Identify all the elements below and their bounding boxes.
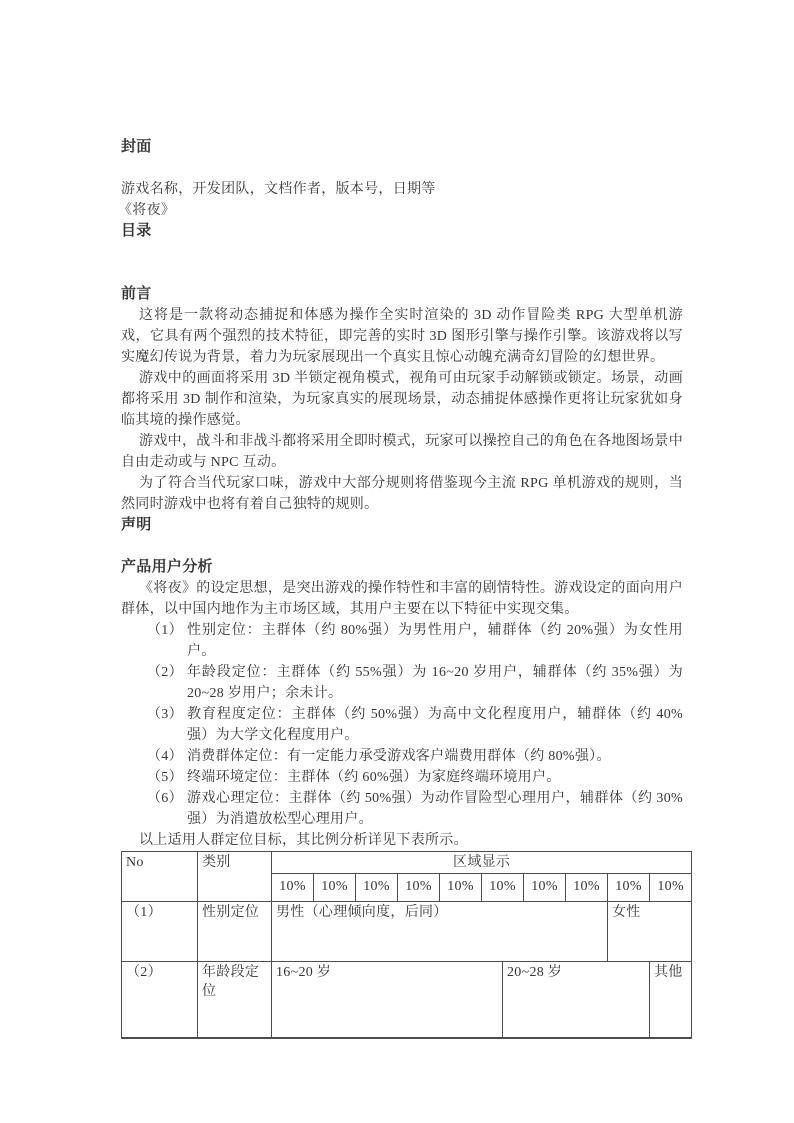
list-item-marker: （1） [147,620,187,662]
row-no-cell: （2） [122,962,198,1038]
table-header-row: No 类别 区域显示 [122,852,692,874]
cover-meta-line: 游戏名称，开发团队，文档作者，版本号，日期等 [121,179,683,200]
document-page: 封面 游戏名称，开发团队，文档作者，版本号，日期等 《将夜》 目录 前言 这将是… [0,0,794,1123]
cover-heading: 封面 [121,137,683,158]
preface-paragraph-4: 为了符合当代玩家口味，游戏中大部分规则将借鉴现今主流 RPG 单机游戏的规则，当… [121,473,683,515]
blank-line [121,242,683,284]
blank-line [121,536,683,557]
list-item: （1） 性别定位：主群体（约 80%强）为男性用户，辅群体（约 20%强）为女性… [121,620,683,662]
percent-cell: 10% [524,874,566,902]
game-title: 《将夜》 [118,200,683,221]
percent-cell: 10% [440,874,482,902]
list-item-marker: （5） [147,767,187,788]
percent-cell: 10% [566,874,608,902]
blank-line [121,158,683,179]
percent-cell: 10% [650,874,692,902]
list-item-text: 消费群体定位：有一定能力承受游戏客户端费用群体（约 80%强）。 [187,746,683,767]
table-caption: 以上适用人群定位目标，其比例分析详见下表所示。 [121,830,683,851]
header-cell-no: No [122,852,198,902]
document-body: 封面 游戏名称，开发团队，文档作者，版本号，日期等 《将夜》 目录 前言 这将是… [121,137,683,1039]
list-item-text: 性别定位：主群体（约 80%强）为男性用户，辅群体（约 20%强）为女性用户。 [187,620,683,662]
list-item: （2） 年龄段定位：主群体（约 55%强）为 16~20 岁用户，辅群体（约 3… [121,662,683,704]
analysis-intro: 《将夜》的设定思想，是突出游戏的操作特性和丰富的剧情特性。游戏设定的面向用户群体… [121,578,683,620]
user-ratio-table: No 类别 区域显示 10% 10% 10% 10% 10% 10% 10% 1… [121,851,692,1039]
percent-cell: 10% [314,874,356,902]
preface-paragraph-3: 游戏中，战斗和非战斗都将采用全即时模式，玩家可以操控自己的角色在各地图场景中自由… [121,431,683,473]
list-item-marker: （2） [147,662,187,704]
list-item: （6） 游戏心理定位：主群体（约 50%强）为动作冒险型心理用户，辅群体（约 3… [121,788,683,830]
statement-heading: 声明 [121,515,683,536]
preface-heading: 前言 [121,284,683,305]
list-item: （5） 终端环境定位：主群体（约 60%强）为家庭终端环境用户。 [121,767,683,788]
row-category-cell: 性别定位 [198,902,272,962]
percent-cell: 10% [482,874,524,902]
list-item-text: 教育程度定位：主群体（约 50%强）为高中文化程度用户，辅群体（约 40%强）为… [187,704,683,746]
list-item-text: 终端环境定位：主群体（约 60%强）为家庭终端环境用户。 [187,767,683,788]
row-value-cell: 男性（心理倾向度，后同） [272,902,608,962]
list-item: （4） 消费群体定位：有一定能力承受游戏客户端费用群体（约 80%强）。 [121,746,683,767]
row-value-cell: 其他 [650,962,692,1038]
list-item-marker: （4） [147,746,187,767]
header-cell-category: 类别 [198,852,272,902]
row-value-cell: 女性 [608,902,692,962]
table-row: （2） 年龄段定位 16~20 岁 20~28 岁 其他 [122,962,692,1038]
percent-cell: 10% [356,874,398,902]
list-item-marker: （3） [147,704,187,746]
header-cell-region: 区域显示 [272,852,692,874]
list-item: （3） 教育程度定位：主群体（约 50%强）为高中文化程度用户，辅群体（约 40… [121,704,683,746]
row-category-cell: 年龄段定位 [198,962,272,1038]
row-value-cell: 20~28 岁 [503,962,650,1038]
user-trait-list: （1） 性别定位：主群体（约 80%强）为男性用户，辅群体（约 20%强）为女性… [121,620,683,830]
percent-cell: 10% [272,874,314,902]
list-item-text: 年龄段定位：主群体（约 55%强）为 16~20 岁用户，辅群体（约 35%强）… [187,662,683,704]
toc-heading: 目录 [121,221,683,242]
analysis-heading: 产品用户分析 [121,557,683,578]
percent-cell: 10% [608,874,650,902]
list-item-text: 游戏心理定位：主群体（约 50%强）为动作冒险型心理用户，辅群体（约 30%强）… [187,788,683,830]
list-item-marker: （6） [147,788,187,830]
preface-paragraph-1: 这将是一款将动态捕捉和体感为操作全实时渲染的 3D 动作冒险类 RPG 大型单机… [121,305,683,368]
table-row: （1） 性别定位 男性（心理倾向度，后同） 女性 [122,902,692,962]
row-no-cell: （1） [122,902,198,962]
preface-paragraph-2: 游戏中的画面将采用 3D 半锁定视角模式，视角可由玩家手动解锁或锁定。场景，动画… [121,368,683,431]
percent-cell: 10% [398,874,440,902]
row-value-cell: 16~20 岁 [272,962,503,1038]
